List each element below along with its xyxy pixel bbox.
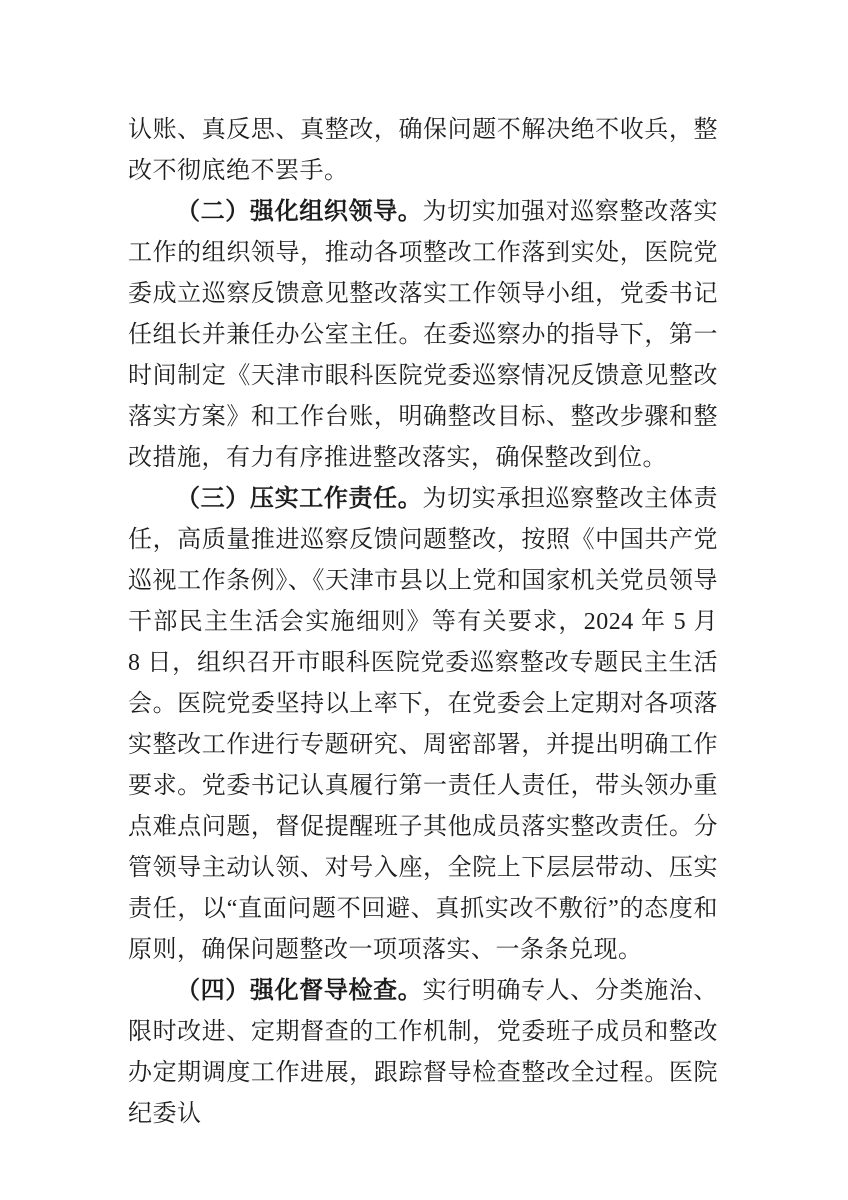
paragraph-continuation: 认账、真反思、真整改，确保问题不解决绝不收兵，整改不彻底绝不罢手。	[128, 110, 718, 192]
paragraph-section-3: （三）压实工作责任。为切实承担巡察整改主体责任，高质量推进巡察反馈问题整改，按照…	[128, 479, 718, 971]
section-4-heading: （四）强化督导检查。	[176, 978, 422, 1004]
document-page: 认账、真反思、真整改，确保问题不解决绝不收兵，整改不彻底绝不罢手。 （二）强化组…	[0, 0, 848, 1200]
paragraph-text: 为切实加强对巡察整改落实工作的组织领导，推动各项整改工作落到实处，医院党委成立巡…	[128, 199, 718, 471]
paragraph-text: 认账、真反思、真整改，确保问题不解决绝不收兵，整改不彻底绝不罢手。	[128, 117, 718, 184]
section-2-heading: （二）强化组织领导。	[176, 199, 422, 225]
paragraph-text: 为切实承担巡察整改主体责任，高质量推进巡察反馈问题整改，按照《中国共产党巡视工作…	[128, 486, 718, 963]
paragraph-section-2: （二）强化组织领导。为切实加强对巡察整改落实工作的组织领导，推动各项整改工作落到…	[128, 192, 718, 479]
section-3-heading: （三）压实工作责任。	[176, 486, 422, 512]
paragraph-section-4: （四）强化督导检查。实行明确专人、分类施治、限时改进、定期督查的工作机制，党委班…	[128, 971, 718, 1135]
